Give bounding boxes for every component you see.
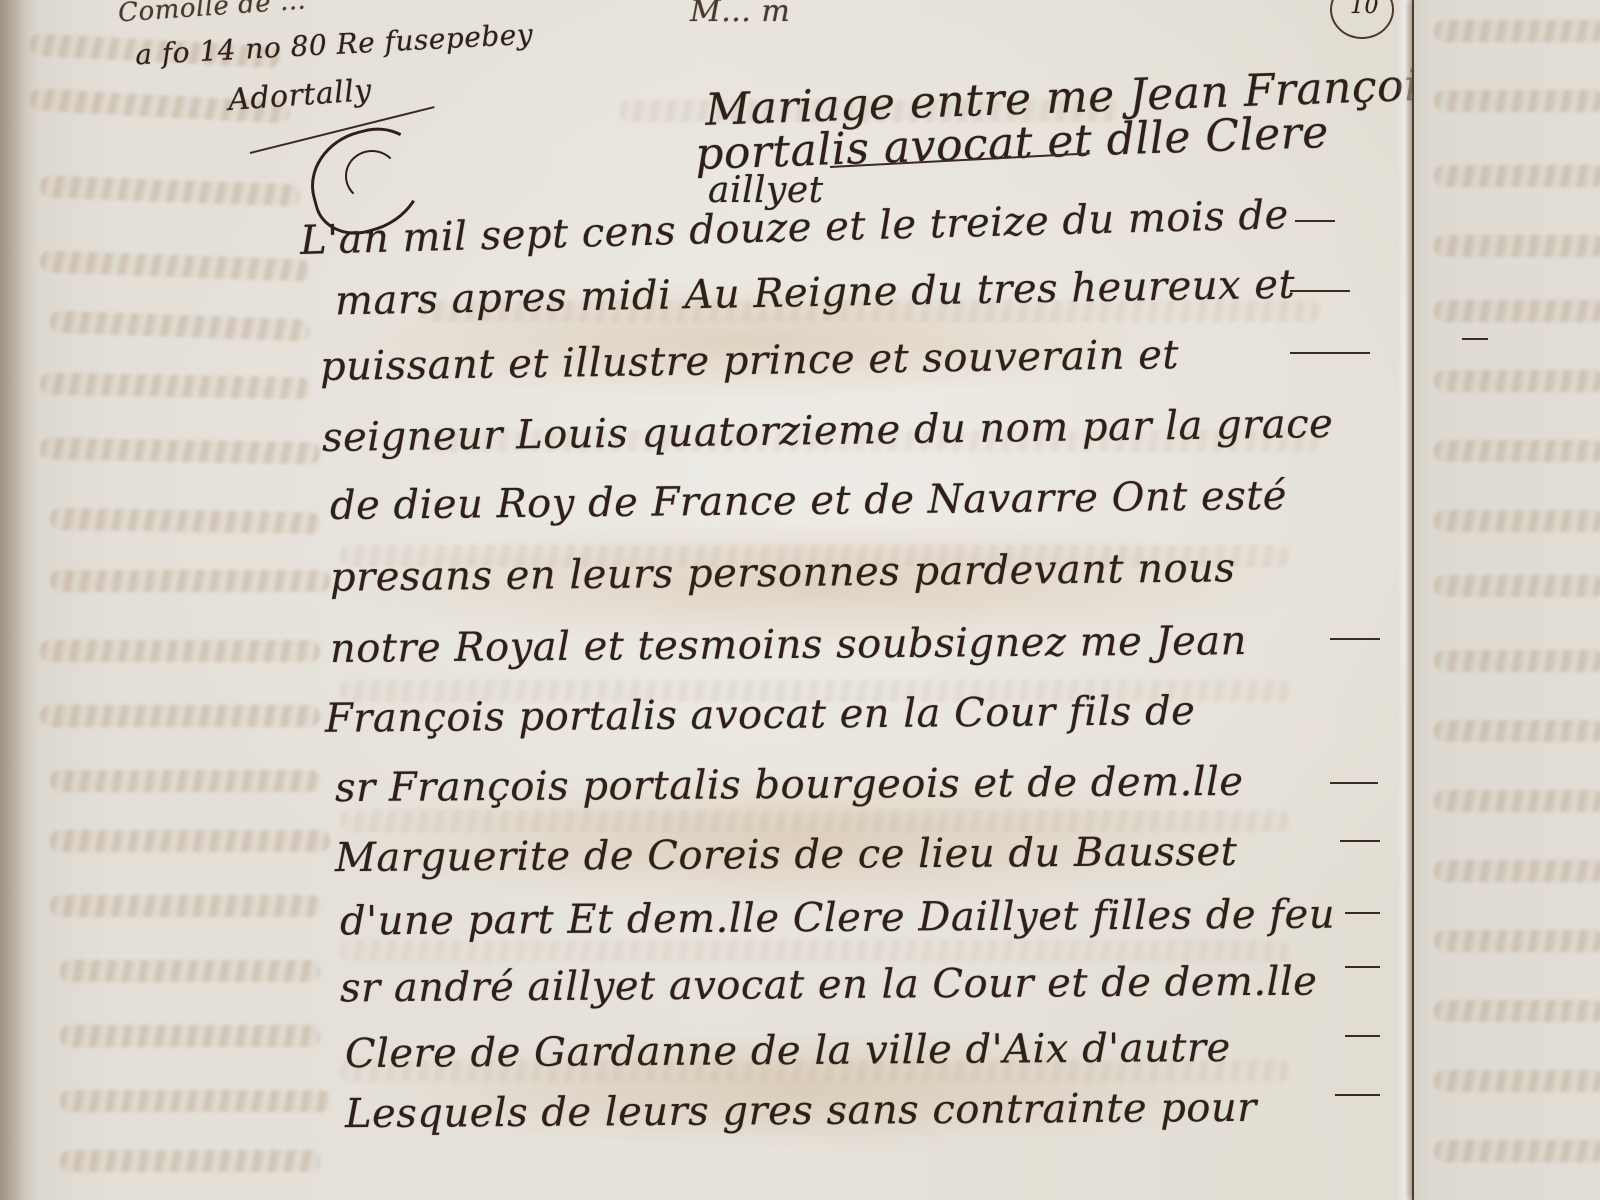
line-filler xyxy=(1290,290,1350,292)
bleed-through-line xyxy=(1434,370,1600,392)
line-filler xyxy=(1335,1094,1380,1096)
margin-note-line2: a fo 14 no 80 Re fusepebey xyxy=(134,18,533,72)
line-filler xyxy=(1330,638,1380,640)
bleed-through-line xyxy=(1434,235,1600,257)
body-line-11: d'une part Et dem.lle Clere Daillyet fil… xyxy=(340,892,1335,945)
bleed-through-line xyxy=(60,1025,320,1047)
facing-page xyxy=(1412,0,1600,1200)
bleed-through-line xyxy=(1434,165,1600,187)
bleed-through-line xyxy=(1434,510,1600,532)
bleed-through-line xyxy=(60,1150,320,1172)
bleed-through-line xyxy=(50,310,311,341)
body-line-9: sr François portalis bourgeois et de dem… xyxy=(335,759,1244,811)
bleed-through-line xyxy=(40,705,320,727)
body-line-6: presans en leurs personnes pardevant nou… xyxy=(330,545,1236,600)
body-line-10: Marguerite de Coreis de ce lieu du Bauss… xyxy=(335,829,1238,881)
bleed-through-line xyxy=(40,438,320,465)
bleed-through-line xyxy=(1434,575,1600,597)
binding-shadow xyxy=(0,0,40,1200)
margin-signature: Adortally xyxy=(227,73,373,118)
bleed-through-line xyxy=(50,770,320,792)
margin-note-line1: Comolle de ... xyxy=(117,0,307,29)
body-line-13: Clere de Gardanne de la ville d'Aix d'au… xyxy=(345,1025,1231,1077)
body-line-12: sr andré aillyet avocat en la Cour et de… xyxy=(340,959,1318,1012)
bleed-through-line xyxy=(1434,930,1600,952)
line-filler xyxy=(1340,840,1380,842)
body-line-4: seigneur Louis quatorzieme du nom par la… xyxy=(322,401,1334,461)
bleed-through-line xyxy=(1434,300,1600,322)
bleed-through-line xyxy=(1434,20,1600,42)
body-line-5: de dieu Roy de France et de Navarre Ont … xyxy=(330,473,1287,529)
bleed-through-line xyxy=(50,570,330,592)
line-filler xyxy=(1345,1035,1380,1037)
line-filler xyxy=(1345,966,1380,968)
bleed-through-line xyxy=(40,373,310,400)
body-line-8: François portalis avocat en la Cour fils… xyxy=(325,688,1196,742)
bleed-through-line xyxy=(50,830,330,852)
bleed-through-line xyxy=(1434,860,1600,882)
bleed-through-line xyxy=(40,250,311,281)
bleed-through-line xyxy=(1434,440,1600,462)
manuscript-photo: Comolle de ... a fo 14 no 80 Re fusepebe… xyxy=(0,0,1600,1200)
drop-cap-inner xyxy=(345,150,399,202)
bleed-through-line xyxy=(1434,650,1600,672)
bleed-through-line xyxy=(1434,1000,1600,1022)
line-filler xyxy=(1345,912,1380,914)
page-edge xyxy=(1398,0,1412,1200)
bleed-through-line xyxy=(1434,90,1600,112)
bleed-through-line xyxy=(50,508,320,535)
body-line-14: Lesquels de leurs gres sans contrainte p… xyxy=(345,1085,1257,1137)
bleed-through-line xyxy=(40,640,320,662)
header-scribble: M... m xyxy=(690,0,790,29)
line-filler xyxy=(1330,782,1378,784)
bleed-through-line xyxy=(1434,1070,1600,1092)
body-line-3: puissant et illustre prince et souverain… xyxy=(320,332,1180,390)
bleed-through-line xyxy=(1434,720,1600,742)
bleed-through-line xyxy=(50,895,320,917)
folio-number: 10 xyxy=(1350,0,1379,19)
bleed-through-line xyxy=(40,175,301,206)
body-line-7: notre Royal et tesmoins soubsignez me Je… xyxy=(330,618,1247,672)
bleed-through-line xyxy=(60,960,320,982)
margin-dash-mark xyxy=(1462,338,1488,340)
line-filler xyxy=(1295,220,1335,222)
bleed-through-line xyxy=(1434,1140,1600,1162)
bleed-through-line xyxy=(1434,790,1600,812)
bleed-through-line xyxy=(60,1090,330,1112)
line-filler xyxy=(1290,352,1370,354)
